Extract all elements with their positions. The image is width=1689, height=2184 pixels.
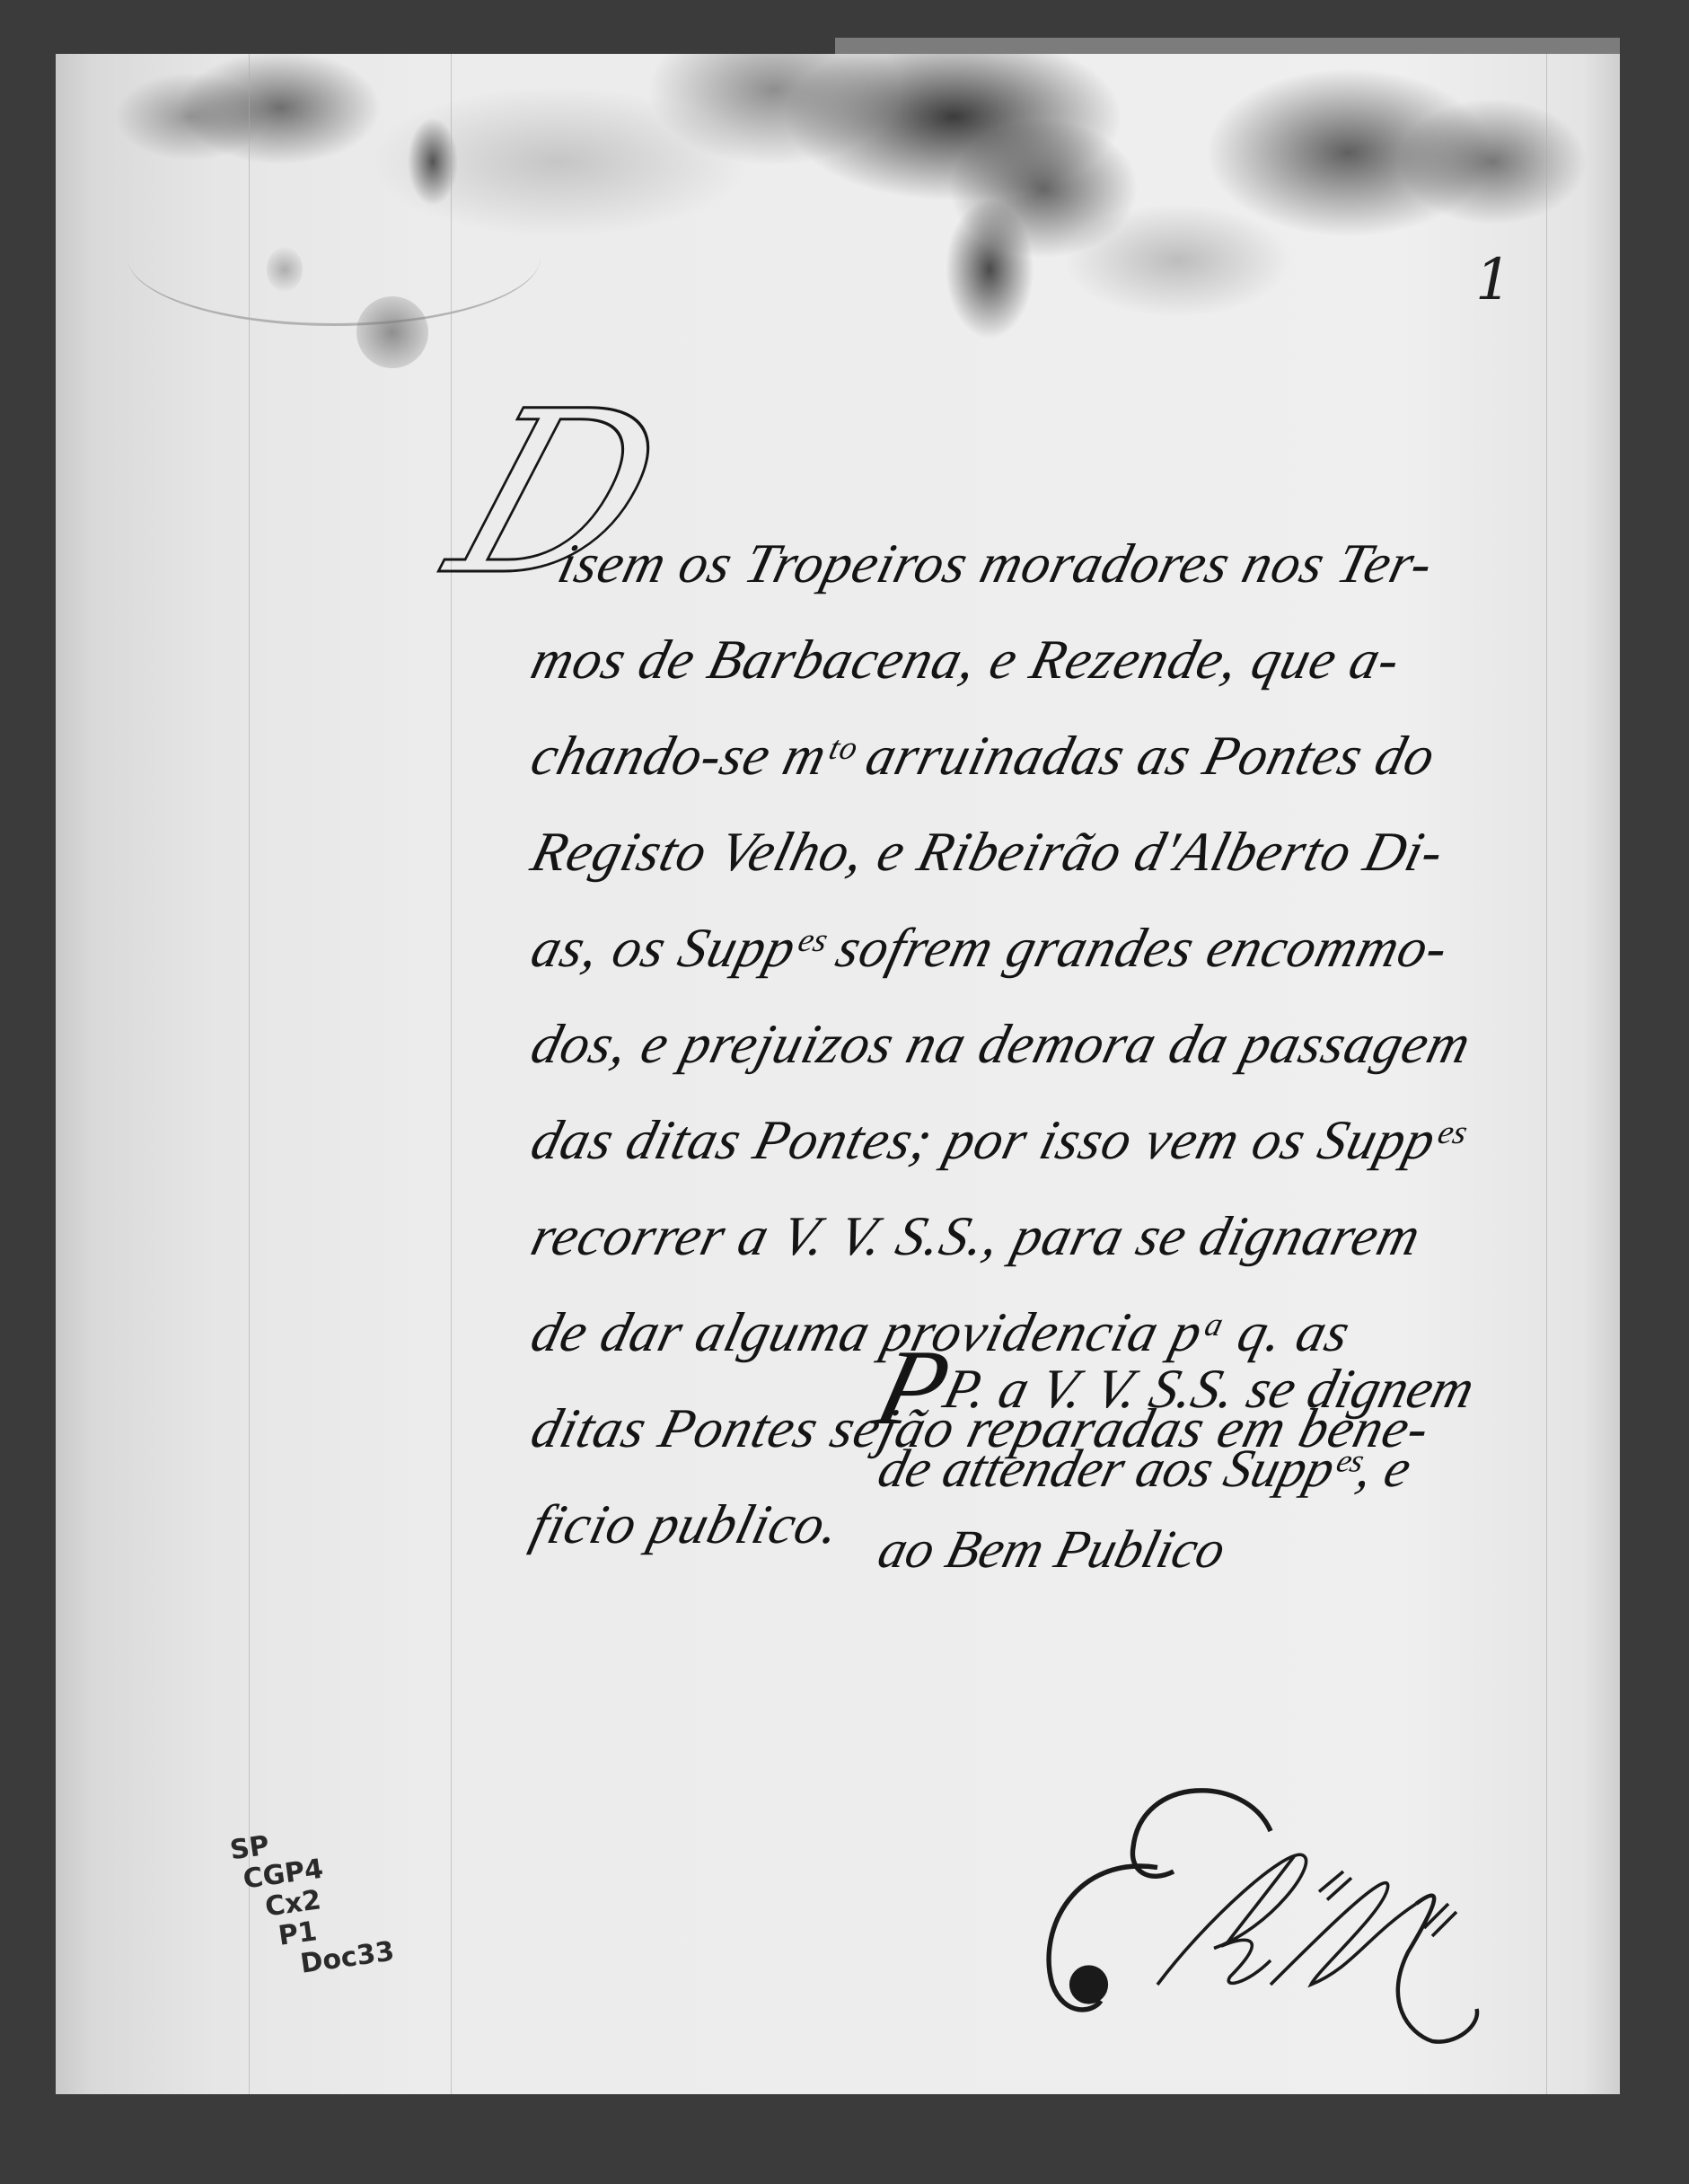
body-line: das ditas Pontes; por isso vem os Suppᵉˢ	[521, 1093, 1632, 1189]
stain-tide-line	[128, 189, 541, 326]
body-line: recorrer a V. V. S.S., para se dignarem	[521, 1189, 1632, 1285]
closing-line: PP. a V. V. S.S. se dignem	[870, 1347, 1626, 1428]
body-line: isem os Tropeiros moradores nos Ter-	[521, 516, 1632, 612]
archival-shelfmark: SP CGP4 Cx2 P1 Doc33	[228, 1811, 427, 1987]
body-line: Registo Velho, e Ribeirão d'Alberto Di-	[521, 805, 1632, 901]
closing-line: de attender aos Suppᵉˢ, e	[870, 1428, 1626, 1509]
signature-flourish	[1006, 1742, 1616, 2065]
body-line: as, os Suppᵉˢ sofrem grandes encommo-	[521, 901, 1632, 997]
signature-icon	[1006, 1742, 1616, 2065]
scan-streak	[451, 54, 452, 2094]
body-line: chando-se mᵗᵒ arruinadas as Pontes do	[521, 709, 1632, 805]
scan-streak	[249, 54, 250, 2094]
folio-number: 1	[1475, 251, 1512, 309]
closing-line-text: P. a V. V. S.S. se dignem	[937, 1359, 1480, 1420]
page-edge-shadow	[835, 38, 1620, 56]
closing-line: ao Bem Publico	[870, 1509, 1626, 1590]
foxing-spot	[356, 296, 428, 368]
body-line: mos de Barbacena, e Rezende, que a-	[521, 612, 1632, 709]
body-line: dos, e prejuizos na demora da passagem	[521, 997, 1632, 1093]
petition-closing: PP. a V. V. S.S. se dignem de attender a…	[880, 1347, 1616, 1590]
foxing-spot-small	[267, 247, 303, 292]
